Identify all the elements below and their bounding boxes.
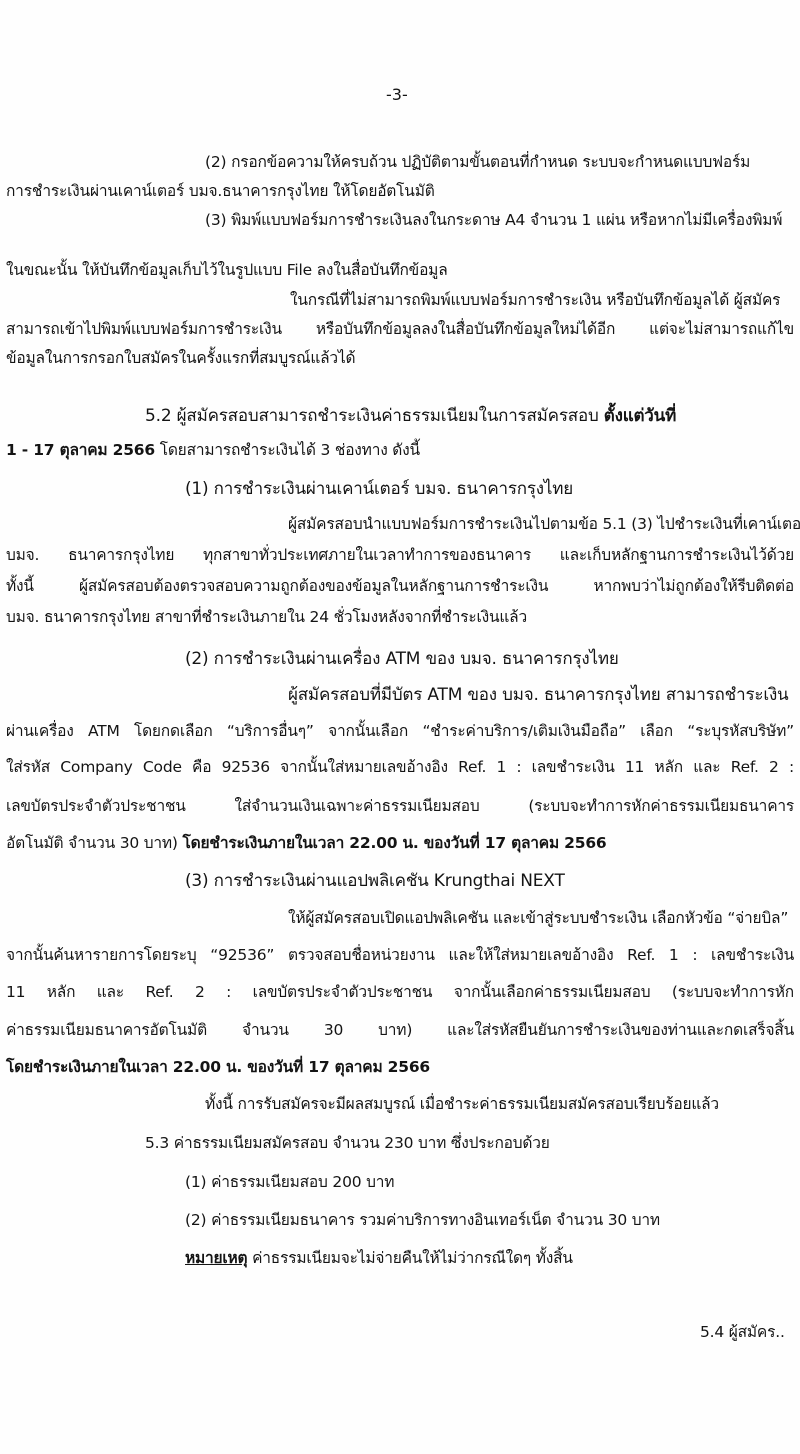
text-line: ผู้สมัครสอบที่มีบัตร ATM ของ บมจ. ธนาคาร… xyxy=(288,685,788,705)
text-line: (2) กรอกข้อความให้ครบถ้วน ปฏิบัติตามขั้น… xyxy=(205,152,750,172)
text-line: สามารถเข้าไปพิมพ์แบบฟอร์มการชำระเงิน หรื… xyxy=(6,319,794,339)
text-line: (3) พิมพ์แบบฟอร์มการชำระเงินลงในกระดาษ A… xyxy=(205,210,782,230)
text-line: ข้อมูลในการกรอกใบสมัครในครั้งแรกที่สมบูร… xyxy=(6,348,355,368)
text-line: อัตโนมัติ จำนวน 30 บาท) โดยชำระเงินภายใน… xyxy=(6,833,607,853)
text-line: ในกรณีที่ไม่สามารถพิมพ์แบบฟอร์มการชำระเง… xyxy=(290,290,780,310)
text-line: ให้ผู้สมัครสอบเปิดแอปพลิเคชัน และเข้าสู่… xyxy=(288,908,788,928)
text-line: การชำระเงินผ่านเคาน์เตอร์ บมจ.ธนาคารกรุง… xyxy=(6,181,435,201)
continuation-marker: 5.4 ผู้สมัคร.. xyxy=(700,1322,785,1342)
text-span: 5.2 ผู้สมัครสอบสามารถชำระเงินค่าธรรมเนีย… xyxy=(145,406,604,426)
date-emphasis: ตั้งแต่วันที่ xyxy=(604,406,676,426)
text-span: อัตโนมัติ จำนวน 30 บาท) xyxy=(6,834,183,852)
deadline-emphasis: โดยชำระเงินภายในเวลา 22.00 น. ของวันที่ … xyxy=(6,1057,430,1077)
text-line: บมจ. ธนาคารกรุงไทย ทุกสาขาทั่วประเทศภายใ… xyxy=(6,545,794,565)
page-number: -3- xyxy=(386,85,408,104)
text-line: ค่าธรรมเนียมธนาคารอัตโนมัติ จำนวน 30 บาท… xyxy=(6,1020,794,1040)
text-line: ผ่านเครื่อง ATM โดยกดเลือก “บริการอื่นๆ”… xyxy=(6,721,794,741)
text-line: ใส่รหัส Company Code คือ 92536 จากนั้นใส… xyxy=(6,757,794,777)
fee-item: (1) ค่าธรรมเนียมสอบ 200 บาท xyxy=(185,1172,394,1192)
text-line: เลขบัตรประจำตัวประชาชน ใส่จำนวนเงินเฉพาะ… xyxy=(6,796,794,816)
section-5-3-heading: 5.3 ค่าธรรมเนียมสมัครสอบ จำนวน 230 บาท ซ… xyxy=(145,1133,550,1153)
text-line: บมจ. ธนาคารกรุงไทย สาขาที่ชำระเงินภายใน … xyxy=(6,607,527,627)
text-span: โดยสามารถชำระเงินได้ 3 ช่องทาง ดังนี้ xyxy=(155,441,420,459)
text-line: 11 หลัก และ Ref. 2 : เลขบัตรประจำตัวประช… xyxy=(6,982,794,1002)
text-line: ทั้งนี้ การรับสมัครจะมีผลสมบูรณ์ เมื่อชำ… xyxy=(205,1094,719,1114)
text-line: ผู้สมัครสอบนำแบบฟอร์มการชำระเงินไปตามข้อ… xyxy=(288,514,800,534)
text-line: ในขณะนั้น ให้บันทึกข้อมูลเก็บไว้ในรูปแบบ… xyxy=(6,260,448,280)
fee-item: (2) ค่าธรรมเนียมธนาคาร รวมค่าบริการทางอิ… xyxy=(185,1210,660,1230)
subsection-heading: (3) การชำระเงินผ่านแอปพลิเคชัน Krungthai… xyxy=(185,871,565,891)
text-line: ทั้งนี้ ผู้สมัครสอบต้องตรวจสอบความถูกต้อ… xyxy=(6,576,794,596)
section-5-2-heading: 5.2 ผู้สมัครสอบสามารถชำระเงินค่าธรรมเนีย… xyxy=(145,406,676,426)
document-page: -3- (2) กรอกข้อความให้ครบถ้วน ปฏิบัติตาม… xyxy=(0,0,800,1454)
subsection-heading: (1) การชำระเงินผ่านเคาน์เตอร์ บมจ. ธนาคา… xyxy=(185,479,573,499)
text-span: ค่าธรรมเนียมจะไม่จ่ายคืนให้ไม่ว่ากรณีใดๆ… xyxy=(247,1249,572,1267)
date-range: 1 - 17 ตุลาคม 2566 xyxy=(6,441,155,459)
deadline-emphasis: โดยชำระเงินภายในเวลา 22.00 น. ของวันที่ … xyxy=(183,834,607,852)
subsection-heading: (2) การชำระเงินผ่านเครื่อง ATM ของ บมจ. … xyxy=(185,649,619,669)
text-line: 1 - 17 ตุลาคม 2566 โดยสามารถชำระเงินได้ … xyxy=(6,440,420,460)
text-line: จากนั้นค้นหารายการโดยระบุ “92536” ตรวจสอ… xyxy=(6,945,794,965)
remark-line: หมายเหตุ ค่าธรรมเนียมจะไม่จ่ายคืนให้ไม่ว… xyxy=(185,1248,573,1268)
remark-label: หมายเหตุ xyxy=(185,1249,247,1267)
